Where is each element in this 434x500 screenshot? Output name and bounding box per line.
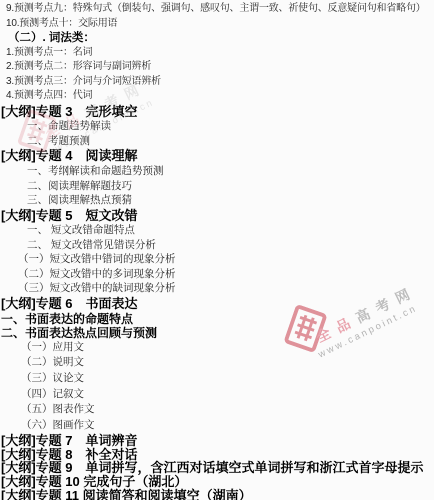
toc-line: 二、书面表达热点回顾与预测 — [0, 326, 434, 340]
toc-line: [大纲]专题 5 短文改错 — [0, 208, 434, 224]
toc-line: 一、书面表达的命题特点 — [0, 312, 434, 326]
toc-line: （五）图表作文 — [0, 402, 434, 418]
toc-line: [大纲]专题 8 补全对话 — [0, 448, 434, 462]
toc-line: 一、命题趋势解读 — [0, 119, 434, 134]
toc-line: （六）图画作文 — [0, 418, 434, 434]
document-page: 全品高考网 www.canpoint.cn 全品高考网 www.canpoint… — [0, 0, 434, 500]
toc-line: [大纲]专题 7 单词辨音 — [0, 434, 434, 448]
toc-line: （四）记叙文 — [0, 387, 434, 403]
toc-line: 三、阅读理解热点预猜 — [0, 193, 434, 208]
toc-line: 9.预测考点九：特殊句式（倒装句、强调句、感叹句、主谓一致、祈使句、反意疑问句和… — [0, 2, 434, 17]
toc-line: （一）短文改错中错词的现象分析 — [0, 252, 434, 267]
toc-line: [大纲]专题 4 阅读理解 — [0, 148, 434, 164]
toc-line: 二、 短文改错常见错误分析 — [0, 238, 434, 253]
toc-line: 4.预测考点四：代词 — [0, 89, 434, 104]
toc-line: [大纲]专题 3 完形填空 — [0, 104, 434, 120]
toc-line: 1.预测考点一：名词 — [0, 46, 434, 61]
toc-line: （一）应用文 — [0, 340, 434, 356]
toc-line: [大纲]专题 11 阅读简答和阅读填空（湖南） — [0, 489, 434, 500]
toc-line: 一、 短文改错命题特点 — [0, 223, 434, 238]
toc-line: （二）. 词法类： — [0, 31, 434, 46]
toc-line: （二）短文改错中的多词现象分析 — [0, 267, 434, 282]
toc-line: 2.预测考点二：形容词与副词辨析 — [0, 60, 434, 75]
toc-line: （二）说明文 — [0, 355, 434, 371]
toc-line: 二、考题预测 — [0, 134, 434, 149]
toc-line: [大纲]专题 9 单词拼写，含江西对话填空式单词拼写和浙江式首字母提示 — [0, 461, 434, 475]
toc-line: 10.预测考点十：交际用语 — [0, 17, 434, 32]
toc-line: [大纲]专题 6 书面表达 — [0, 296, 434, 312]
toc-line: 二、阅读理解解题技巧 — [0, 179, 434, 194]
toc-line: 一、考纲解读和命题趋势预测 — [0, 164, 434, 179]
toc-line: 3.预测考点三：介词与介词短语辨析 — [0, 75, 434, 90]
toc: 9.预测考点九：特殊句式（倒装句、强调句、感叹句、主谓一致、祈使句、反意疑问句和… — [0, 2, 434, 500]
toc-line: （三）议论文 — [0, 371, 434, 387]
toc-line: （三）短文改错中的缺词现象分析 — [0, 281, 434, 296]
toc-line: [大纲]专题 10 完成句子（湖北） — [0, 475, 434, 489]
